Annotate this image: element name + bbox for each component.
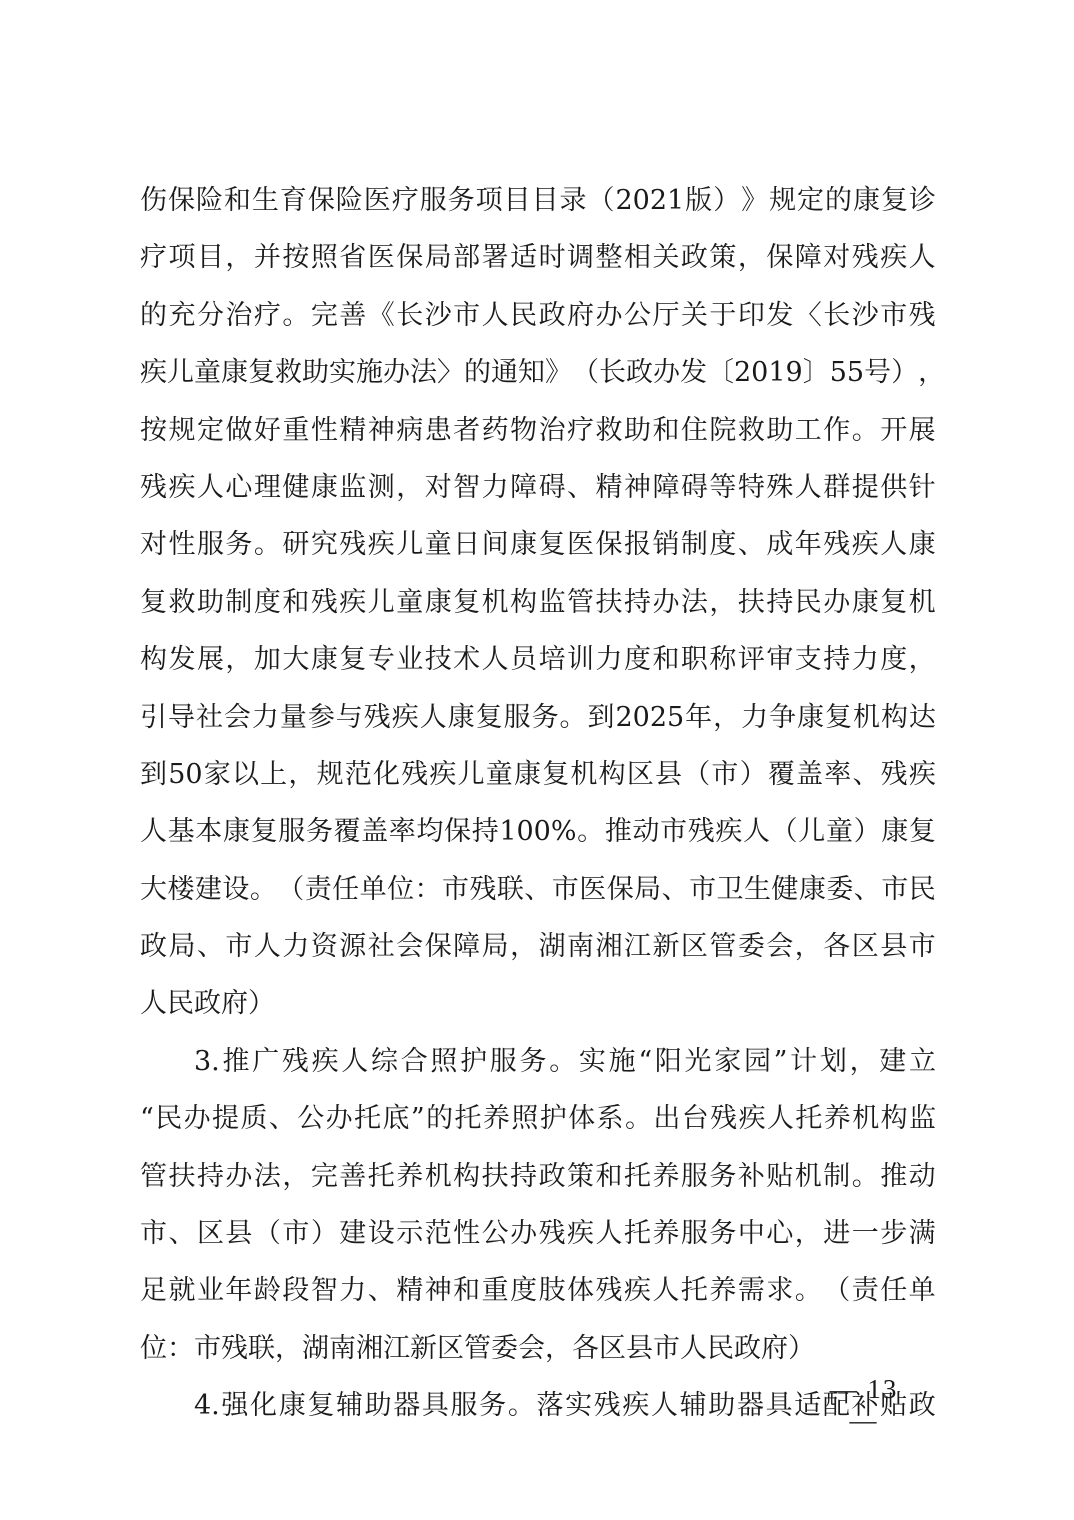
text-line: 复救助制度和残疾儿童康复机构监管扶持办法，扶持民办康复机 (140, 583, 936, 640)
text-line: 市、区县（市）建设示范性公办残疾人托养服务中心，进一步满 (140, 1214, 936, 1271)
text-line: 疾儿童康复救助实施办法〉的通知》（长政办发〔2019〕55号）， (140, 353, 936, 410)
text-line: 政局、市人力资源社会保障局，湖南湘江新区管委会，各区县市 (140, 927, 936, 984)
text-line: 伤保险和生育保险医疗服务项目目录（2021版）》规定的康复诊 (140, 181, 936, 238)
text-line: 引导社会力量参与残疾人康复服务。到2025年，力争康复机构达 (140, 698, 936, 755)
text-line: 人基本康复服务覆盖率均保持100%。推动市残疾人（儿童）康复 (140, 812, 936, 869)
text-line: 按规定做好重性精神病患者药物治疗救助和住院救助工作。开展 (140, 411, 936, 468)
page-number: — 13 — (812, 1374, 916, 1436)
text-line: 残疾人心理健康监测，对智力障碍、精神障碍等特殊人群提供针 (140, 468, 936, 525)
body-text: 伤保险和生育保险医疗服务项目目录（2021版）》规定的康复诊疗项目，并按照省医保… (140, 181, 936, 1444)
text-line: 大楼建设。（责任单位：市残联、市医保局、市卫生健康委、市民 (140, 870, 936, 927)
text-line: 人民政府） (140, 984, 936, 1041)
text-line: 疗项目，并按照省医保局部署适时调整相关政策，保障对残疾人 (140, 238, 936, 295)
text-line: 管扶持办法，完善托养机构扶持政策和托养服务补贴机制。推动 (140, 1157, 936, 1214)
text-line: 3.推广残疾人综合照护服务。实施“阳光家园”计划，建立 (140, 1042, 936, 1099)
text-line: 对性服务。研究残疾儿童日间康复医保报销制度、成年残疾人康 (140, 525, 936, 582)
text-line: 足就业年龄段智力、精神和重度肢体残疾人托养需求。（责任单 (140, 1271, 936, 1328)
text-line: “民办提质、公办托底”的托养照护体系。出台残疾人托养机构监 (140, 1099, 936, 1156)
text-line: 的充分治疗。完善《长沙市人民政府办公厅关于印发〈长沙市残 (140, 296, 936, 353)
text-line: 到50家以上，规范化残疾儿童康复机构区县（市）覆盖率、残疾 (140, 755, 936, 812)
document-page: 伤保险和生育保险医疗服务项目目录（2021版）》规定的康复诊疗项目，并按照省医保… (0, 0, 1074, 1520)
text-line: 构发展，加大康复专业技术人员培训力度和职称评审支持力度， (140, 640, 936, 697)
